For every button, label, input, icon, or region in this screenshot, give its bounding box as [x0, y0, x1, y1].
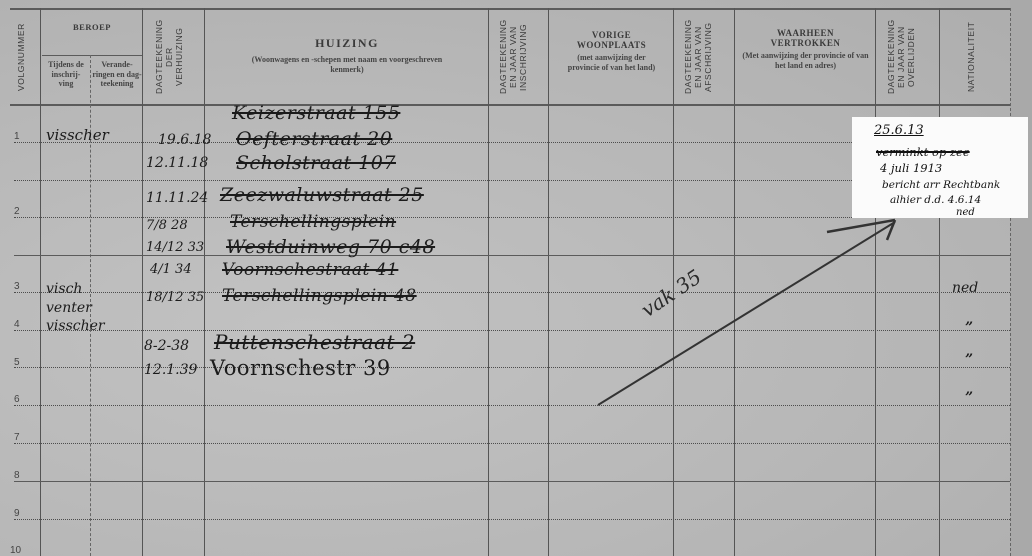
- register-page: VOLGNUMMER BEROEP Tijdens de inschrij- v…: [0, 0, 1032, 556]
- death-note-slip: 25.6.13 verminkt op zee 4 juli 1913 beri…: [852, 117, 1028, 218]
- death-note-line: verminkt op zee: [876, 145, 970, 159]
- diagonal-arrow-icon: [0, 0, 1032, 556]
- death-note-line: 4 juli 1913: [880, 161, 942, 175]
- nationality-ditto: ”: [965, 352, 973, 368]
- death-note-line: ned: [956, 207, 975, 218]
- death-note-line: alhier d.d. 4.6.14: [890, 194, 981, 206]
- death-note-line: bericht arr Rechtbank: [882, 179, 1000, 191]
- nationality-ditto: ”: [965, 320, 973, 336]
- nationality-ditto: ”: [965, 390, 973, 406]
- death-date: 25.6.13: [874, 123, 924, 138]
- nationality-entry: ned: [952, 280, 978, 296]
